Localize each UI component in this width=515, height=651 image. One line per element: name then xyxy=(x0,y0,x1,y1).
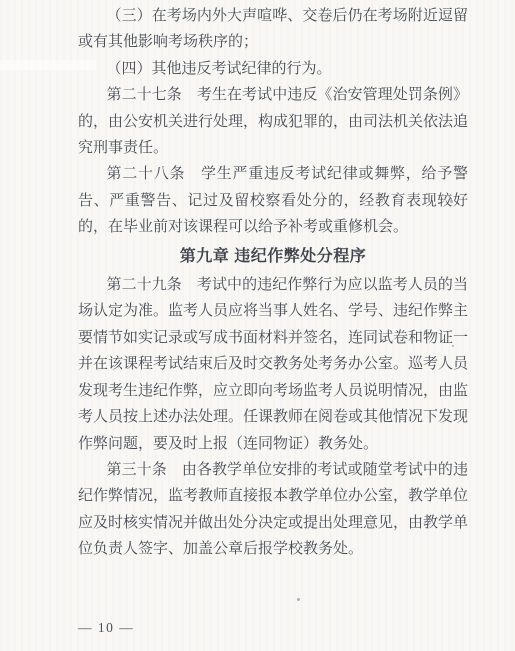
article-27-paragraph: 第二十七条 考生在考试中违反《治安管理处罚条例》的，由公安机关进行处理，构成犯罪… xyxy=(78,82,468,161)
scan-speck xyxy=(452,345,454,347)
clause-item-3: （三）在考场内外大声喧哗、交卷后仍在考场附近逗留或有其他影响考场秩序的； xyxy=(78,3,468,56)
document-text-block: （三）在考场内外大声喧哗、交卷后仍在考场附近逗留或有其他影响考场秩序的； （四）… xyxy=(78,3,468,563)
article-28-paragraph: 第二十八条 学生严重违反考试纪律或舞弊，给予警告、严重警告、记过及留校察看处分的… xyxy=(78,161,468,240)
page-number: — 10 — xyxy=(78,620,134,636)
scan-speck xyxy=(297,598,300,601)
scan-speck xyxy=(450,200,453,203)
article-30-paragraph: 第三十条 由各教学单位安排的考试或随堂考试中的违纪作弊情况，监考教师直接报本教学… xyxy=(78,457,468,563)
article-29-paragraph: 第二十九条 考试中的违纪作弊行为应以监考人员的当场认定为准。监考人员应将当事人姓… xyxy=(78,272,468,457)
chapter-9-heading: 第九章 违纪作弊处分程序 xyxy=(78,244,468,270)
document-page: （三）在考场内外大声喧哗、交卷后仍在考场附近逗留或有其他影响考场秩序的； （四）… xyxy=(0,0,515,651)
clause-item-4: （四）其他违反考试纪律的行为。 xyxy=(78,56,468,82)
